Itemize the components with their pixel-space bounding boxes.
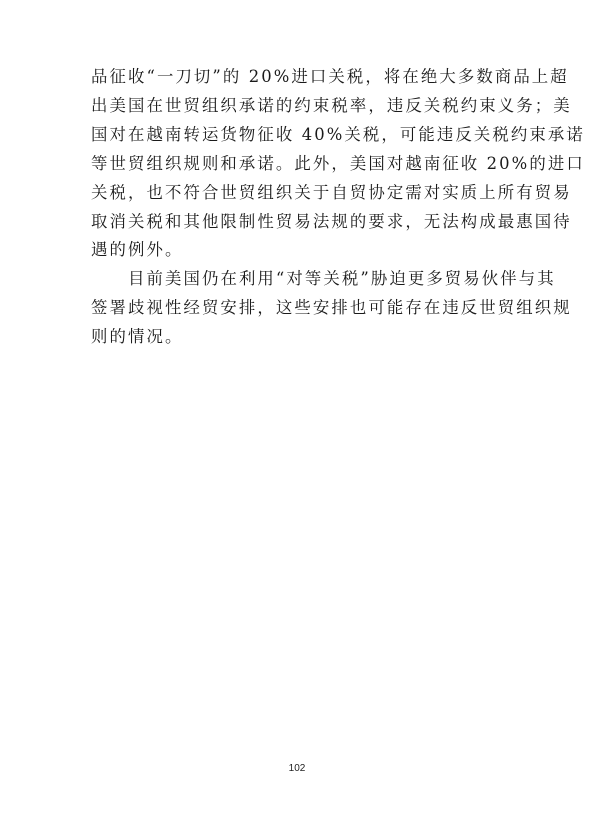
page-number: 102 xyxy=(0,763,594,774)
text-line: 关税，也不符合世贸组织关于自贸协定需对实质上所有贸易 xyxy=(91,179,505,208)
paragraph-1: 品征收“一刀切”的 20%进口关税，将在绝大多数商品上超 出美国在世贸组织承诺的… xyxy=(91,63,505,265)
text-line: 目前美国仍在利用“对等关税”胁迫更多贸易伙伴与其 xyxy=(91,265,505,294)
paragraph-2: 目前美国仍在利用“对等关税”胁迫更多贸易伙伴与其 签署歧视性经贸安排，这些安排也… xyxy=(91,265,505,352)
text-line: 遇的例外。 xyxy=(91,236,505,265)
text-line: 则的情况。 xyxy=(91,323,505,352)
document-page: 品征收“一刀切”的 20%进口关税，将在绝大多数商品上超 出美国在世贸组织承诺的… xyxy=(0,0,594,834)
text-line: 等世贸组织规则和承诺。此外，美国对越南征收 20%的进口 xyxy=(91,150,505,179)
body-text: 品征收“一刀切”的 20%进口关税，将在绝大多数商品上超 出美国在世贸组织承诺的… xyxy=(91,63,505,352)
text-line: 品征收“一刀切”的 20%进口关税，将在绝大多数商品上超 xyxy=(91,63,505,92)
text-line: 取消关税和其他限制性贸易法规的要求，无法构成最惠国待 xyxy=(91,208,505,237)
text-line: 国对在越南转运货物征收 40%关税，可能违反关税约束承诺 xyxy=(91,121,505,150)
text-line: 出美国在世贸组织承诺的约束税率，违反关税约束义务；美 xyxy=(91,92,505,121)
text-line: 签署歧视性经贸安排，这些安排也可能存在违反世贸组织规 xyxy=(91,294,505,323)
